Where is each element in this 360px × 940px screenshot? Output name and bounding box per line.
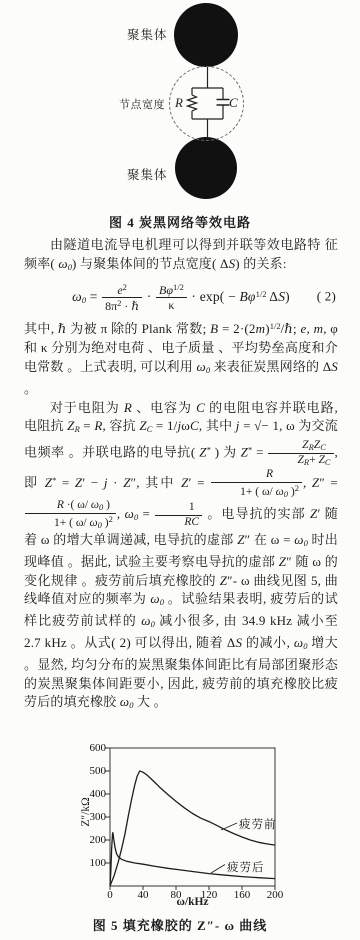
- figure-4-caption: 图 4 炭黑网络等效电路: [0, 212, 360, 231]
- equation-2-formula: ω0 = e28π2 · ℏ · Bφ1/2κ · exp( − Bφ1/2 Δ…: [72, 282, 290, 314]
- y-tick-label: 500: [79, 765, 106, 777]
- y-tick-label: 200: [79, 834, 106, 846]
- resistor-zigzag-icon: [188, 95, 197, 111]
- x-tick-label: 160: [227, 889, 257, 901]
- leader-line-after-fatigue: [211, 865, 225, 874]
- aggregate-label-top: 聚集体: [127, 25, 168, 43]
- series-label-after-fatigue: 疲劳后: [227, 859, 265, 875]
- series-label-before-fatigue: 疲劳前: [239, 816, 277, 832]
- resistor-label: R: [175, 95, 183, 111]
- capacitor-label: C: [229, 95, 238, 111]
- equation-2: ω0 = e28π2 · ℏ · Bφ1/2κ · exp( − Bφ1/2 Δ…: [24, 282, 338, 314]
- equation-2-number: ( 2): [317, 288, 336, 307]
- x-tick-label: 80: [161, 889, 191, 901]
- capacitor-plates-icon: [217, 100, 230, 106]
- aggregate-label-bottom: 聚集体: [127, 165, 168, 183]
- x-tick-label: 120: [194, 889, 224, 901]
- paragraph-2: 其中, ℏ 为被 π 除的 Plank 常数; B = 2·(2m)1/2/ℏ;…: [24, 317, 338, 398]
- x-tick-label: 0: [95, 889, 125, 901]
- article-body: 由隧道电流导电机理可以得到并联等效电路特 征频率( ω0) 与聚集体间的节点宽度…: [24, 236, 338, 715]
- x-tick-label: 200: [260, 889, 290, 901]
- paragraph-1: 由隧道电流导电机理可以得到并联等效电路特 征频率( ω0) 与聚集体间的节点宽度…: [24, 236, 338, 277]
- y-tick-label: 600: [79, 742, 106, 754]
- paper-page: 聚集体 节点宽度 聚集体 R C 图 4 炭黑网络等效电路 由隧道电流导电机理可…: [0, 0, 360, 940]
- figure-4-equivalent-circuit: 聚集体 节点宽度 聚集体 R C 图 4 炭黑网络等效电路: [0, 0, 360, 234]
- figure-5-impedance-chart: Z″/kΩ ω/kHz 疲劳前 疲劳后 图 5 填充橡胶的 Z″- ω 曲线 1…: [0, 738, 360, 940]
- x-tick-label: 40: [128, 889, 158, 901]
- paragraph-3: 对于电阻为 R 、电容为 C 的电阻电容并联电路, 电阻抗 ZR = R, 容抗…: [24, 399, 338, 716]
- rc-circuit-drawing: [0, 0, 360, 234]
- y-tick-label: 100: [79, 857, 106, 869]
- figure-5-caption: 图 5 填充橡胶的 Z″- ω 曲线: [0, 915, 360, 934]
- y-tick-label: 400: [79, 788, 106, 800]
- y-tick-label: 300: [79, 811, 106, 823]
- junction-width-label: 节点宽度: [119, 96, 165, 112]
